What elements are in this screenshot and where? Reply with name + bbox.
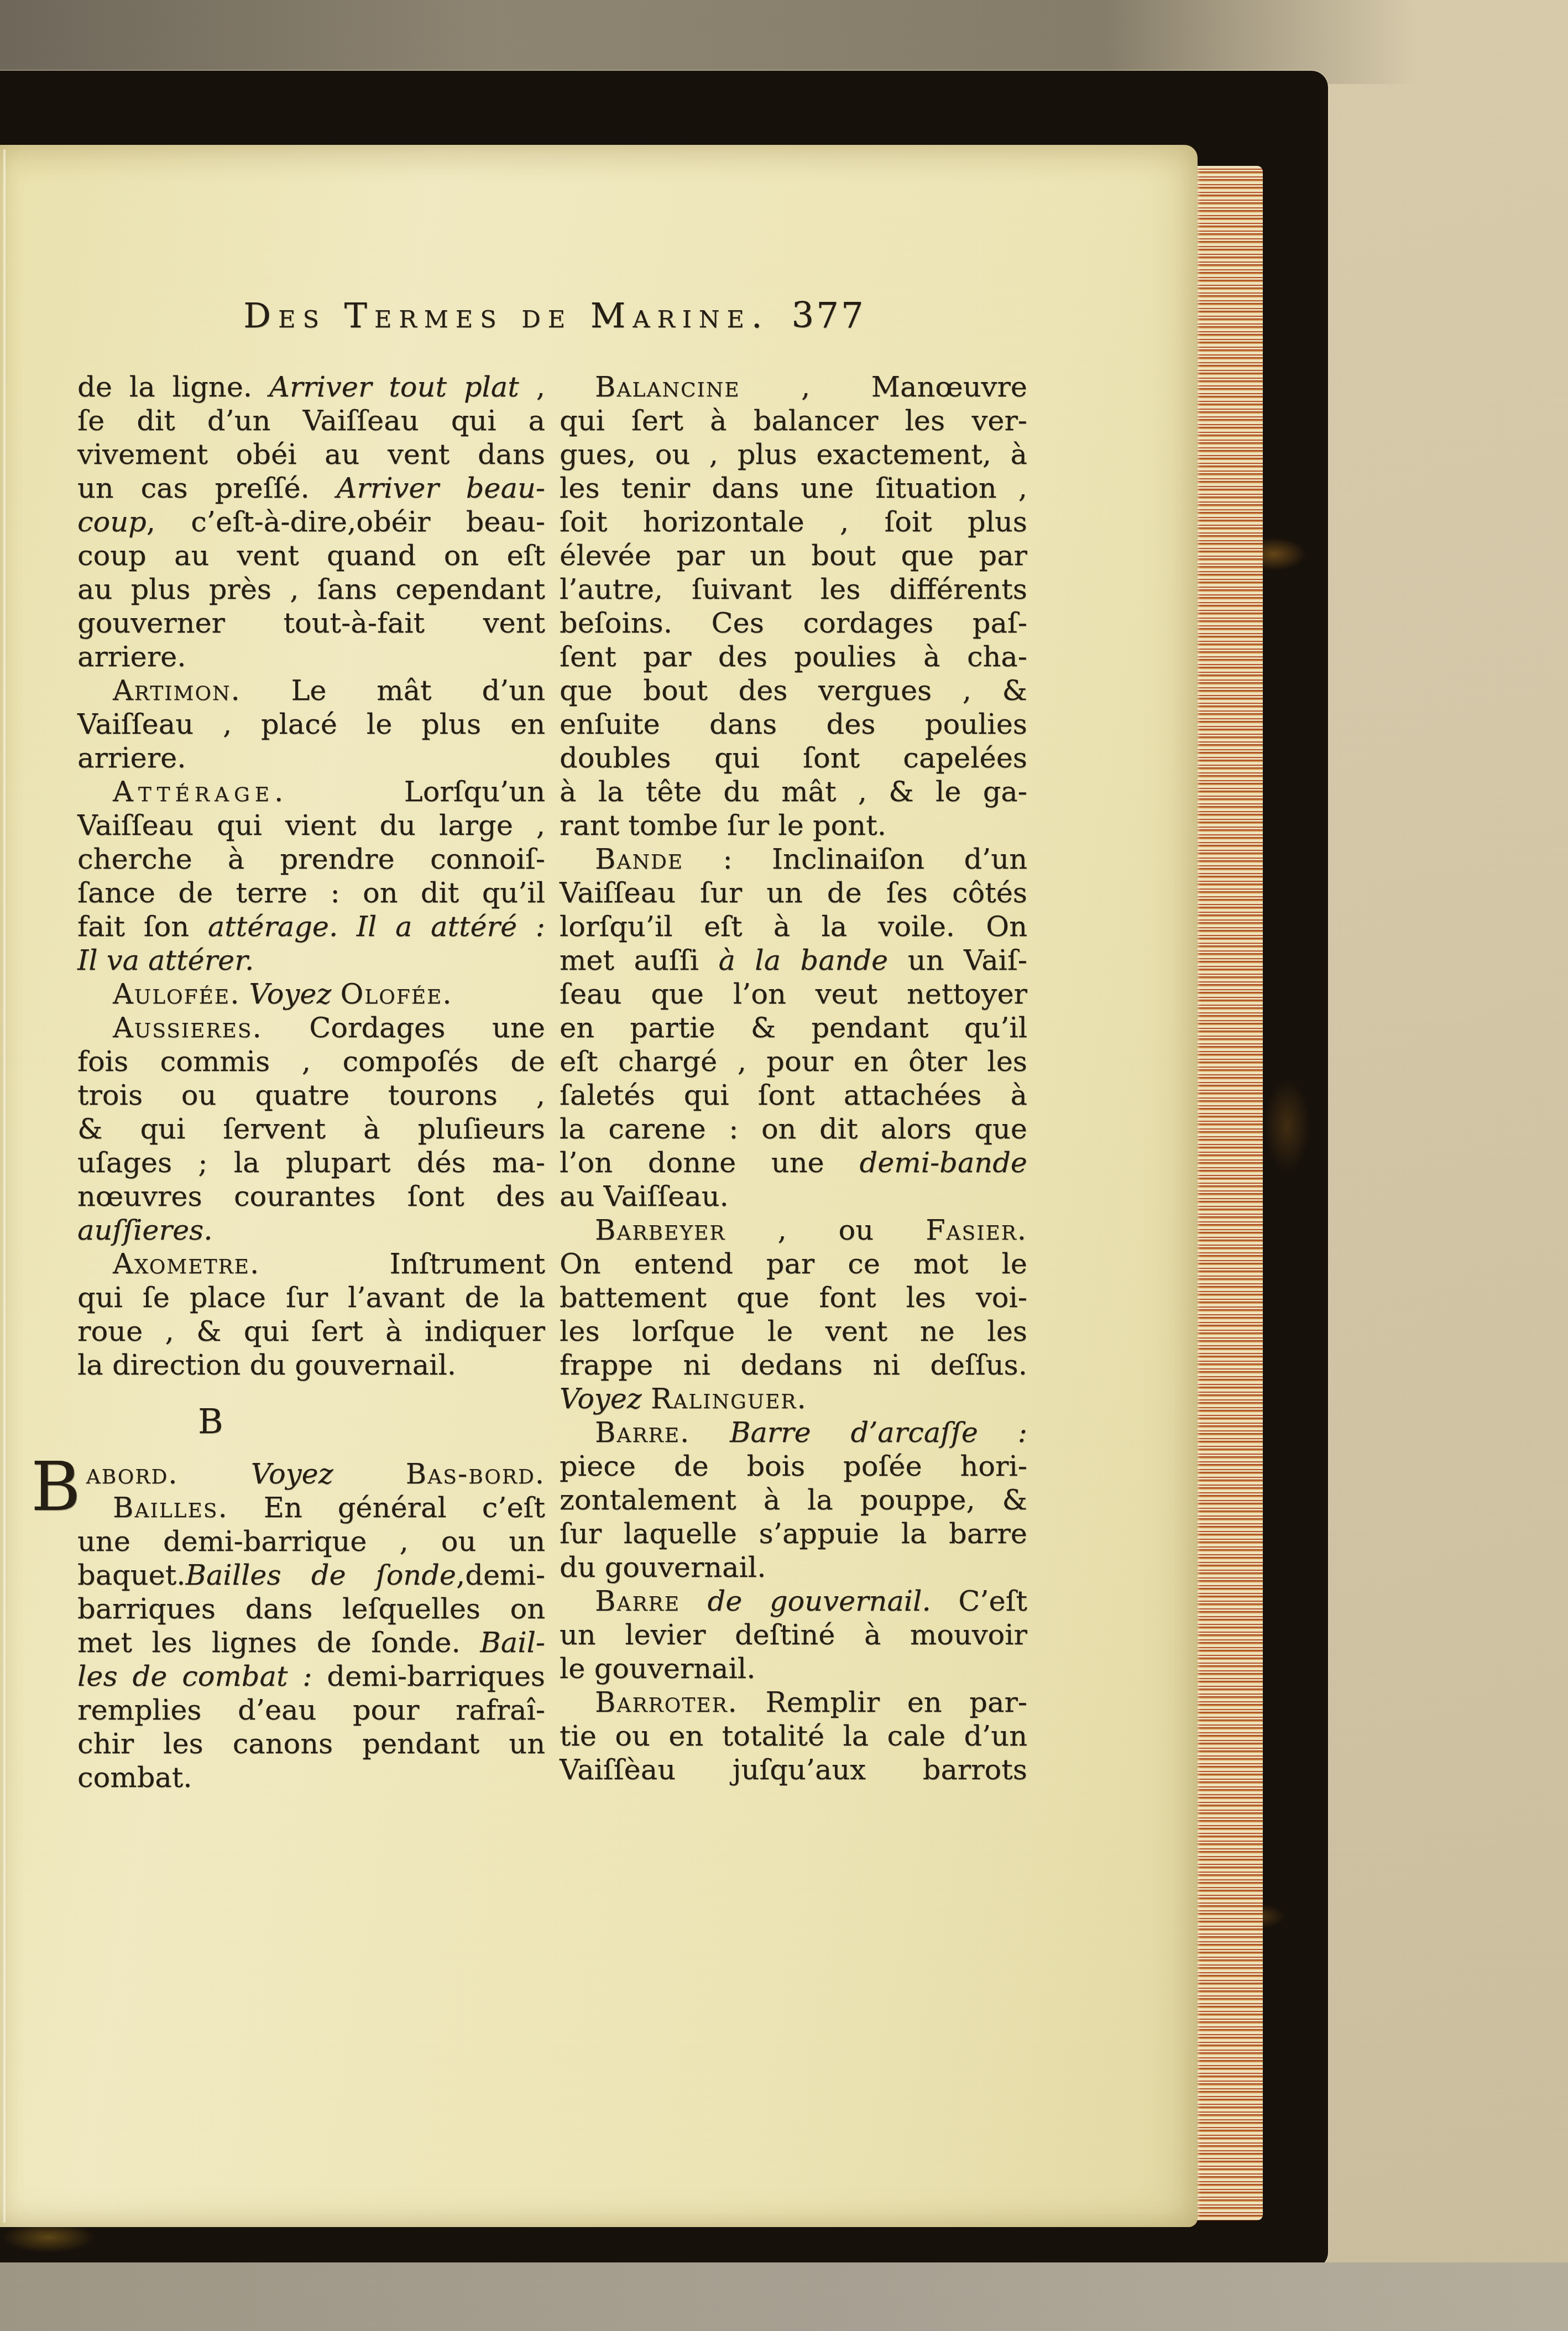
text-line: ſur laquelle s’appuie la barre [560, 1517, 1027, 1551]
text-line: On entend par ce mot le [560, 1247, 1027, 1281]
text-line: les de combat : demi-barriques [77, 1660, 545, 1694]
text-segment: barriques dans leſquelles on [77, 1593, 545, 1626]
column-right: Balancine , Manœuvrequi ſert à balancer … [560, 370, 1027, 1795]
text-segment: , c’eſt-à-dire,obéir beau- [147, 506, 545, 539]
text-segment: à la bande [718, 944, 888, 977]
text-segment: ſaletés qui ſont attachées à [560, 1079, 1027, 1112]
text-line: Artimon. Le mât d’un [77, 674, 545, 708]
text-line: du gouvernail. [560, 1551, 1027, 1585]
text-segment: ſur laquelle s’appuie la barre [560, 1518, 1027, 1550]
text-line: Vaiſſeau qui vient du large , [77, 809, 545, 843]
text-line: Barroter. Remplir en par- [560, 1686, 1027, 1719]
text-line: roue , & qui ſert à indiquer [77, 1315, 545, 1349]
text-line: met les lignes de ſonde. Bail- [77, 1626, 545, 1660]
text-segment: remplies d’eau pour rafraî- [77, 1694, 545, 1727]
text-segment [333, 1458, 406, 1491]
text-line: Vaiſſeau ſur un de ſes côtés [560, 876, 1027, 910]
text-segment: qui ſert à balancer les ver- [560, 405, 1027, 437]
text-segment: du gouvernail. [560, 1551, 766, 1584]
text-segment: coup [77, 506, 147, 539]
text-segment: C’eſt [931, 1585, 1027, 1618]
text-segment: enſuite dans des poulies [560, 708, 1027, 741]
text-segment: Vaiſſeau , placé le plus en [77, 708, 545, 741]
text-line: Barre de gouvernail. C’eſt [560, 1585, 1027, 1618]
text-line: beſoins. Ces cordages paſ- [560, 607, 1027, 640]
text-segment: fois commis , compoſés de [77, 1046, 545, 1078]
paragraph: Axometre. Inſtrumentqui ſe place ſur l’a… [77, 1247, 545, 1382]
text-line: vivement obéi au vent dans [77, 438, 545, 472]
text-segment: On entend par ce mot le [560, 1248, 1027, 1281]
text-line: uſages ; la plupart dés ma- [77, 1146, 545, 1180]
column-left: de la ligne. Arriver tout plat ,ſe dit d… [77, 370, 545, 1795]
text-segment: la direction du gouvernail. [77, 1349, 456, 1382]
text-segment: demi-bande [860, 1147, 1027, 1179]
text-segment: gues, ou , plus exactement, à [560, 438, 1027, 471]
text-line: frappe ni dedans ni deſſus. [560, 1349, 1027, 1382]
text-line: Barbeyer , ou Fasier. [560, 1214, 1027, 1247]
text-columns: de la ligne. Arriver tout plat ,ſe dit d… [0, 370, 1198, 1795]
text-segment: l’autre, ſuivant les différents [560, 573, 1027, 606]
text-segment: Barbeyer [595, 1214, 725, 1247]
backdrop-bottom [0, 2262, 1568, 2331]
text-segment: abord. [86, 1458, 179, 1491]
text-line: fois commis , compoſés de [77, 1045, 545, 1079]
text-segment: qui ſe place ſur l’avant de la [77, 1282, 545, 1314]
text-segment: Barre d’arcaſſe : [730, 1417, 1027, 1449]
text-line: ſaletés qui ſont attachées à [560, 1079, 1027, 1112]
text-segment: Artimon. [113, 675, 241, 707]
text-line: enſuite dans des poulies [560, 708, 1027, 741]
text-segment: Inſtrument [260, 1248, 545, 1281]
text-segment: Barre [595, 1585, 680, 1618]
text-segment: au plus près , ſans cependant [77, 573, 545, 606]
text-line: un cas preſſé. Arriver beau- [77, 472, 545, 505]
text-segment: zontalement à la pouppe, & [560, 1484, 1027, 1517]
text-line: de la ligne. Arriver tout plat , [77, 370, 545, 404]
text-line: combat. [77, 1761, 545, 1795]
text-segment: gouverner tout-à-fait vent [77, 607, 545, 640]
text-line: arriere. [77, 741, 545, 775]
page-number: 377 [792, 295, 866, 336]
text-line: les tenir dans une ſituation , [560, 472, 1027, 505]
text-segment: Axometre. [113, 1248, 260, 1281]
text-segment: vivement obéi au vent dans [77, 438, 545, 471]
text-segment: coup au vent quand on eſt [77, 540, 545, 572]
text-segment [642, 1383, 651, 1415]
text-segment: de la ligne. [77, 371, 269, 404]
text-segment: baquet. [77, 1559, 185, 1592]
book-page: Des Termes de Marine. 377 de la ligne. A… [0, 145, 1198, 2227]
text-line: gues, ou , plus exactement, à [560, 438, 1027, 472]
text-segment: uſages ; la plupart dés ma- [77, 1147, 545, 1179]
text-segment: élevée par un bout que par [560, 540, 1027, 572]
text-segment: & qui ſervent à pluſieurs [77, 1113, 545, 1146]
text-segment: : Inclinaiſon d’un [683, 843, 1027, 876]
paragraph: Artimon. Le mât d’unVaiſſeau , placé le … [77, 674, 545, 775]
text-segment: Bande [595, 843, 683, 876]
text-segment: , ou [725, 1214, 926, 1247]
text-segment: Voyez [251, 1458, 333, 1491]
text-segment: ſoit horizontale , ſoit plus [560, 506, 1027, 539]
text-line: Babord. Voyez Bas-bord. [77, 1457, 545, 1491]
paragraph: Bailles. En général c’eſtune demi-barriq… [77, 1491, 545, 1795]
text-segment: Vaiſſeau ſur un de ſes côtés [560, 877, 1027, 910]
text-segment: doubles qui ſont capelées [560, 742, 1027, 775]
text-line: au plus près , ſans cependant [77, 573, 545, 607]
text-line: ſent par des poulies à cha- [560, 640, 1027, 674]
text-segment: ſe dit d’un Vaiſſeau qui a [77, 405, 545, 437]
text-segment: Ralinguer. [651, 1383, 807, 1415]
text-segment [240, 978, 249, 1011]
paragraph: Barre de gouvernail. C’eſtun levier deſt… [560, 1585, 1027, 1686]
text-segment: le gouvernail. [560, 1653, 755, 1685]
paragraph: Barroter. Remplir en par-tie ou en total… [560, 1686, 1027, 1787]
text-line: Aussieres. Cordages une [77, 1011, 545, 1045]
text-line: Aulofée. Voyez Olofée. [77, 978, 545, 1011]
text-segment: Aussieres. [113, 1012, 263, 1044]
text-segment: Vaiſſeau qui vient du large , [77, 809, 545, 842]
text-segment: nœuvres courantes ſont des [77, 1180, 545, 1213]
text-segment: de gouvernail. [708, 1585, 931, 1618]
text-segment: beſoins. Ces cordages paſ- [560, 607, 1027, 640]
text-segment: Bailles. [113, 1492, 228, 1524]
text-line: le gouvernail. [560, 1652, 1027, 1686]
text-line: la direction du gouvernail. [77, 1349, 545, 1382]
text-line: chir les canons pendant un [77, 1727, 545, 1761]
text-segment: Barre. [595, 1417, 690, 1449]
text-line: Bande : Inclinaiſon d’un [560, 843, 1027, 876]
text-line: élevée par un bout que par [560, 539, 1027, 573]
text-line: Vaiſſèau juſqu’aux barrots [560, 1753, 1027, 1787]
text-line: ſe dit d’un Vaiſſeau qui a [77, 404, 545, 438]
text-segment: attérage. Il a attéré : [208, 911, 545, 943]
text-segment: trois ou quatre tourons , [77, 1079, 545, 1112]
drop-cap-letter: B [31, 1459, 81, 1522]
text-segment: , [519, 371, 545, 404]
text-line: nœuvres courantes ſont des [77, 1180, 545, 1214]
text-line: Vaiſſeau , placé le plus en [77, 708, 545, 741]
text-segment: Aulofée. [113, 978, 240, 1011]
book-scan: { "colors":{ "page_bg":"#ece4b4","page_b… [0, 0, 1568, 2331]
text-segment: Il va attérer. [77, 944, 254, 977]
text-line: met auſſi à la bande un Vaiſ- [560, 944, 1027, 978]
text-segment: auſſieres. [77, 1214, 212, 1247]
text-line: gouverner tout-à-fait vent [77, 607, 545, 640]
text-line: baquet.Bailles de ſonde,demi- [77, 1559, 545, 1592]
text-segment: ſent par des poulies à cha- [560, 641, 1027, 673]
text-segment [690, 1417, 730, 1449]
text-segment [331, 978, 340, 1011]
text-line: Attérage. Lorſqu’un [77, 775, 545, 809]
text-line: ſance de terre : on dit qu’il [77, 876, 545, 910]
text-segment: lorſqu’il eſt à la voile. On [560, 911, 1027, 943]
text-segment: Lorſqu’un [288, 776, 545, 808]
text-segment: frappe ni dedans ni deſſus. [560, 1349, 1027, 1382]
text-line: coup, c’eſt-à-dire,obéir beau- [77, 505, 545, 539]
paragraph: Bande : Inclinaiſon d’unVaiſſeau ſur un … [560, 843, 1027, 1214]
text-line: Axometre. Inſtrument [77, 1247, 545, 1281]
text-segment: chir les canons pendant un [77, 1728, 545, 1760]
text-segment: battement que font les voi- [560, 1282, 1027, 1314]
text-segment: Le mât d’un [241, 675, 545, 707]
text-line: battement que font les voi- [560, 1281, 1027, 1315]
text-segment: ſeau que l’on veut nettoyer [560, 978, 1027, 1011]
text-line: en partie & pendant qu’il [560, 1011, 1027, 1045]
text-line: lorſqu’il eſt à la voile. On [560, 910, 1027, 944]
paragraph: Aulofée. Voyez Olofée. [77, 978, 545, 1011]
text-line: qui ſe place ſur l’avant de la [77, 1281, 545, 1315]
text-segment: cherche à prendre connoiſ- [77, 843, 545, 876]
text-segment: met les lignes de ſonde. [77, 1627, 480, 1659]
text-line: Il va attérer. [77, 944, 545, 978]
text-line: l’on donne une demi-bande [560, 1146, 1027, 1180]
text-line: à la tête du mât , & le ga- [560, 775, 1027, 809]
text-line: ſeau que l’on veut nettoyer [560, 978, 1027, 1011]
text-line: qui ſert à balancer les ver- [560, 404, 1027, 438]
text-segment: roue , & qui ſert à indiquer [77, 1315, 545, 1348]
text-segment: Balancine [595, 371, 740, 404]
text-segment: Vaiſſèau juſqu’aux barrots [560, 1754, 1027, 1786]
text-segment: ſance de terre : on dit qu’il [77, 877, 545, 910]
text-segment [178, 1458, 250, 1491]
text-segment: les lorſque le vent ne les [560, 1315, 1027, 1348]
paragraph: Babord. Voyez Bas-bord. [77, 1457, 545, 1491]
text-segment: combat. [77, 1762, 192, 1794]
text-line: ſoit horizontale , ſoit plus [560, 505, 1027, 539]
text-segment: fait ſon [77, 911, 208, 943]
text-line: un levier deſtiné à mouvoir [560, 1618, 1027, 1652]
text-segment: Remplir en par- [738, 1686, 1027, 1719]
text-line: Bailles. En général c’eſt [77, 1491, 545, 1525]
text-line: Balancine , Manœuvre [560, 370, 1027, 404]
text-line: arriere. [77, 640, 545, 674]
text-segment: à la tête du mât , & le ga- [560, 776, 1027, 808]
text-segment: Voyez [249, 978, 332, 1011]
text-segment [680, 1585, 708, 1618]
text-segment: Bas-bord. [406, 1458, 545, 1491]
text-segment: au Vaiſſeau. [560, 1180, 729, 1213]
text-line: piece de bois poſée hori- [560, 1450, 1027, 1483]
text-line: auſſieres. [77, 1214, 545, 1247]
section-letter: B [77, 1382, 545, 1457]
text-segment: un cas preſſé. [77, 472, 337, 505]
text-segment: que bout des vergues , & [560, 675, 1027, 707]
text-line: barriques dans leſquelles on [77, 1592, 545, 1626]
text-segment: , Manœuvre [740, 371, 1027, 404]
text-line: l’autre, ſuivant les différents [560, 573, 1027, 607]
text-line: la carene : on dit alors que [560, 1112, 1027, 1146]
text-line: remplies d’eau pour rafraî- [77, 1694, 545, 1727]
text-line: une demi-barrique , ou un [77, 1525, 545, 1559]
paragraph: Aussieres. Cordages unefois commis , com… [77, 1011, 545, 1247]
text-segment: tie ou en totalité la cale d’un [560, 1720, 1027, 1753]
paragraph: Balancine , Manœuvrequi ſert à balancer … [560, 370, 1027, 843]
text-segment: Olofée. [341, 978, 453, 1011]
text-segment: Voyez [560, 1383, 642, 1415]
text-line: Voyez Ralinguer. [560, 1382, 1027, 1416]
text-line: trois ou quatre tourons , [77, 1079, 545, 1112]
text-line: cherche à prendre connoiſ- [77, 843, 545, 876]
text-line: & qui ſervent à pluſieurs [77, 1112, 545, 1146]
page-title: Des Termes de Marine. [243, 295, 769, 336]
text-segment: en partie & pendant qu’il [560, 1012, 1027, 1044]
text-segment: Barroter. [595, 1686, 738, 1719]
text-line: au Vaiſſeau. [560, 1180, 1027, 1214]
text-segment: Cordages une [263, 1012, 545, 1044]
text-segment: la carene : on dit alors que [560, 1113, 1027, 1146]
text-segment: les tenir dans une ſituation , [560, 472, 1027, 505]
text-segment: l’on donne une [560, 1147, 860, 1179]
paragraph: de la ligne. Arriver tout plat ,ſe dit d… [77, 370, 545, 674]
text-segment: un levier deſtiné à mouvoir [560, 1619, 1027, 1651]
text-line: que bout des vergues , & [560, 674, 1027, 708]
text-segment: En général c’eſt [228, 1492, 545, 1524]
text-segment: Arriver beau- [337, 472, 545, 505]
text-line: les lorſque le vent ne les [560, 1315, 1027, 1349]
text-line: Barre. Barre d’arcaſſe : [560, 1416, 1027, 1450]
text-segment: Fasier. [926, 1214, 1027, 1247]
paragraph: Attérage. Lorſqu’unVaiſſeau qui vient du… [77, 775, 545, 978]
running-header: Des Termes de Marine. 377 [0, 145, 1198, 336]
text-line: fait ſon attérage. Il a attéré : [77, 910, 545, 944]
paragraph: Barre. Barre d’arcaſſe :piece de bois po… [560, 1416, 1027, 1585]
paragraph: Barbeyer , ou Fasier.On entend par ce mo… [560, 1214, 1027, 1416]
text-line: rant tombe ſur le pont. [560, 809, 1027, 843]
text-segment: arriere. [77, 641, 186, 673]
text-segment: piece de bois poſée hori- [560, 1450, 1027, 1483]
text-segment: les de combat : [77, 1660, 312, 1693]
text-segment: rant tombe ſur le pont. [560, 809, 886, 842]
text-segment: ,demi- [456, 1559, 545, 1592]
text-segment: une demi-barrique , ou un [77, 1525, 545, 1558]
text-line: tie ou en totalité la cale d’un [560, 1719, 1027, 1753]
text-segment: met auſſi [560, 944, 718, 977]
text-segment: un Vaiſ- [888, 944, 1027, 977]
text-segment: demi-barriques [312, 1660, 545, 1693]
text-segment: arriere. [77, 742, 186, 775]
text-line: eſt chargé , pour en ôter les [560, 1045, 1027, 1079]
text-segment: eſt chargé , pour en ôter les [560, 1046, 1027, 1078]
text-line: doubles qui ſont capelées [560, 741, 1027, 775]
text-segment: Arriver tout plat [269, 371, 519, 404]
text-segment: Bailles de ſonde [185, 1559, 456, 1592]
text-segment: Attérage. [113, 776, 288, 808]
text-line: zontalement à la pouppe, & [560, 1483, 1027, 1517]
text-line: coup au vent quand on eſt [77, 539, 545, 573]
text-segment: Bail- [480, 1627, 545, 1659]
